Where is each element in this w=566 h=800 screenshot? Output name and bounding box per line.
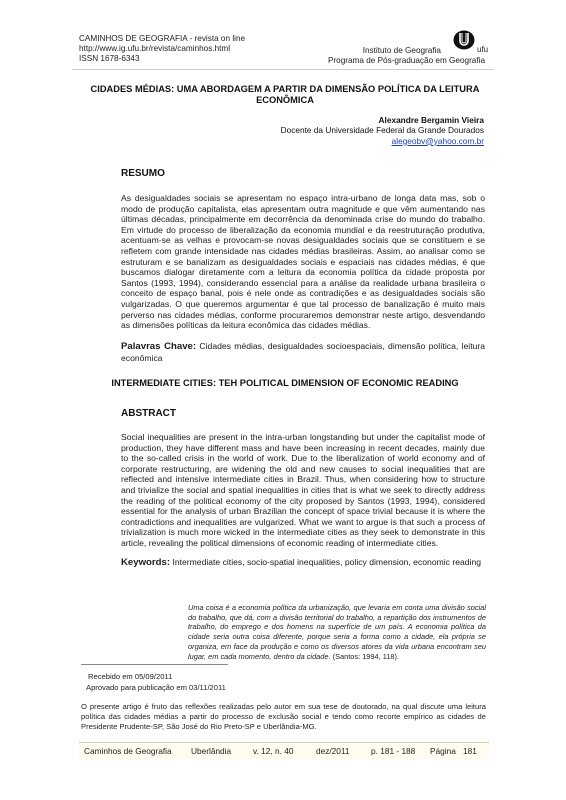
keywords-en: Keywords: Intermediate cities, socio-spa… (121, 557, 485, 569)
keywords-pt-label: Palavras Chave: (121, 341, 196, 352)
keywords-en-text: Intermediate cities, socio-spatial inequ… (172, 557, 481, 567)
resumo-heading: RESUMO (121, 168, 165, 179)
program-name: Programa de Pós-graduação em Geografia (328, 56, 485, 66)
footer-city: Uberlândia (191, 746, 253, 756)
footer-journal: Caminhos de Geografia (84, 746, 191, 756)
footnote-text: O presente artigo é fruto das reflexões … (81, 702, 486, 732)
journal-header: CAMINHOS DE GEOGRAFIA - revista on line … (79, 34, 245, 64)
journal-url[interactable]: http://www.ig.ufu.br/revista/caminhos.ht… (79, 44, 245, 54)
footer-volume: v. 12, n. 40 (253, 746, 316, 756)
received-date: Recebido em 05/09/2011 (88, 672, 226, 683)
footer-date: dez/2011 (316, 746, 371, 756)
footer-page-label: Página (430, 746, 463, 756)
resumo-text: As desigualdades sociais se apresentam n… (121, 193, 485, 331)
abstract-heading: ABSTRACT (121, 408, 176, 419)
ufu-label: ufu (477, 45, 488, 54)
footnote-divider (81, 664, 228, 665)
header-divider (72, 69, 494, 70)
submission-dates: Recebido em 05/09/2011 Aprovado para pub… (88, 672, 226, 693)
journal-name: CAMINHOS DE GEOGRAFIA - revista on line (79, 34, 245, 44)
author-email-link[interactable]: alegeobv@yahoo.com.br (281, 136, 484, 146)
footer-page-number: 181 (463, 746, 477, 756)
abstract-text: Social inequalities are present in the i… (121, 432, 485, 549)
author-block: Alexandre Bergamin Vieira Docente da Uni… (281, 115, 484, 146)
keywords-en-label: Keywords: (121, 557, 170, 568)
institute-name: Instituto de Geografia (328, 46, 441, 56)
epigraph-citation: (Santos: 1994, 118). (331, 652, 399, 661)
page-footer: Caminhos de Geografia Uberlândia v. 12, … (79, 742, 489, 759)
article-title: CIDADES MÉDIAS: UMA ABORDAGEM A PARTIR D… (75, 84, 495, 106)
author-affiliation: Docente da Universidade Federal da Grand… (281, 125, 484, 135)
keywords-pt: Palavras Chave: Cidades médias, desigual… (121, 341, 485, 363)
author-name: Alexandre Bergamin Vieira (281, 115, 484, 125)
approved-date: Aprovado para publicação em 03/11/2011 (86, 683, 226, 694)
epigraph-quote: Uma coisa é a economia política da urban… (188, 603, 486, 661)
footer-pages: p. 181 - 188 (371, 746, 430, 756)
ufu-logo-icon (453, 30, 475, 50)
article-title-en: INTERMEDIATE CITIES: TEH POLITICAL DIMEN… (110, 378, 460, 389)
journal-issn: ISSN 1678-6343 (79, 54, 245, 64)
